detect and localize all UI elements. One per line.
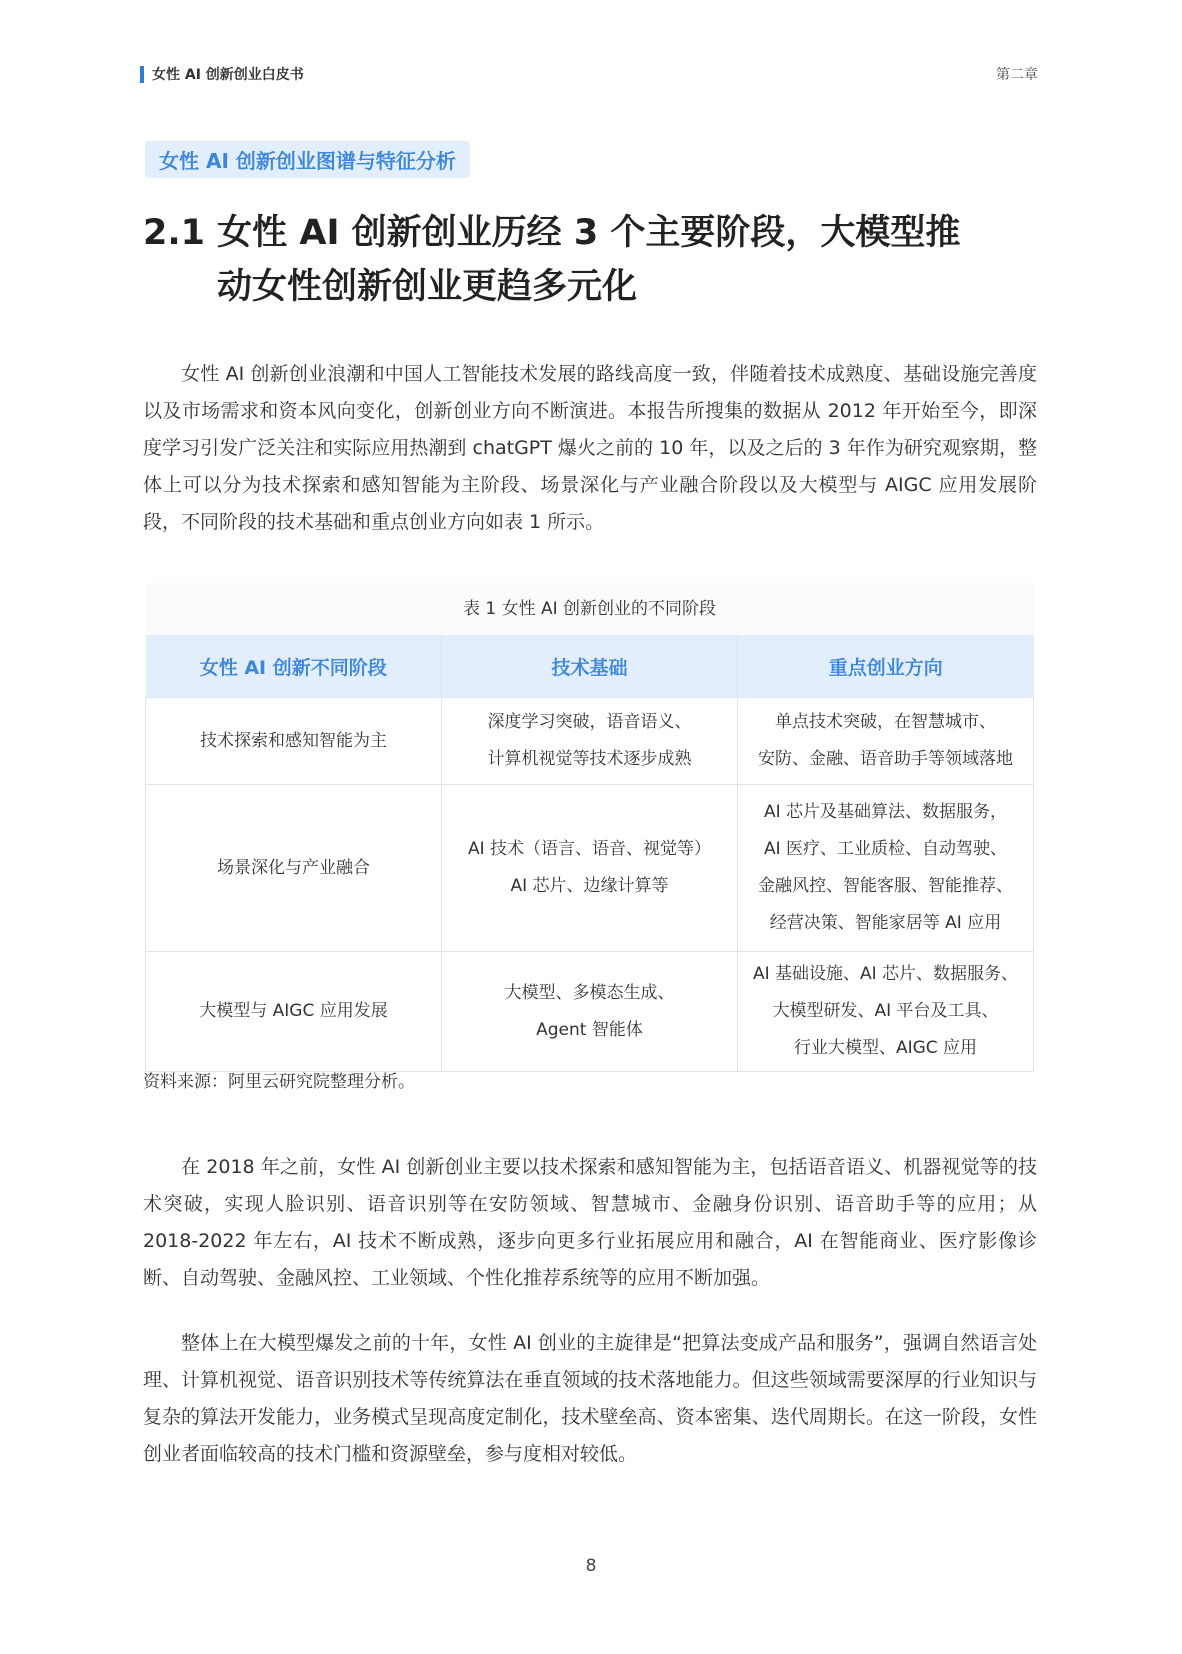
page-number: 8: [0, 1556, 1182, 1576]
cell-line: 行业大模型、AIGC 应用: [744, 1030, 1027, 1067]
stage-cell: 场景深化与产业融合: [146, 785, 442, 952]
heading-line-2: 动女性创新创业更趋多元化: [143, 260, 1043, 314]
tech-cell: 深度学习突破，语音语义、 计算机视觉等技术逐步成熟: [442, 698, 738, 785]
cell-line: 经营决策、智能家居等 AI 应用: [744, 905, 1027, 942]
document-title: 女性 AI 创新创业白皮书: [152, 64, 304, 84]
focus-cell: AI 基础设施、AI 芯片、数据服务、 大模型研发、AI 平台及工具、 行业大模…: [738, 952, 1034, 1072]
heading-line-1: 2.1 女性 AI 创新创业历经 3 个主要阶段，大模型推: [143, 213, 960, 253]
column-header-stage: 女性 AI 创新不同阶段: [146, 635, 442, 698]
table-header-row: 女性 AI 创新不同阶段 技术基础 重点创业方向: [146, 635, 1034, 698]
cell-line: 大模型研发、AI 平台及工具、: [744, 993, 1027, 1030]
cell-line: 大模型、多模态生成、: [448, 975, 731, 1012]
tech-cell: AI 技术（语言、语音、视觉等） AI 芯片、边缘计算等: [442, 785, 738, 952]
body-paragraph: 在 2018 年之前，女性 AI 创新创业主要以技术探索和感知智能为主，包括语音…: [143, 1149, 1037, 1297]
cell-line: 深度学习突破，语音语义、: [448, 704, 731, 741]
page-header: 女性 AI 创新创业白皮书 第二章: [140, 62, 1038, 86]
cell-line: AI 医疗、工业质检、自动驾驶、: [744, 831, 1027, 868]
header-left: 女性 AI 创新创业白皮书: [140, 64, 304, 84]
table-source-note: 资料来源：阿里云研究院整理分析。: [143, 1067, 415, 1092]
focus-cell: AI 芯片及基础算法、数据服务， AI 医疗、工业质检、自动驾驶、 金融风控、智…: [738, 785, 1034, 952]
body-paragraph: 女性 AI 创新创业浪潮和中国人工智能技术发展的路线高度一致，伴随着技术成熟度、…: [143, 356, 1037, 541]
column-header-focus: 重点创业方向: [738, 635, 1034, 698]
cell-line: 安防、金融、语音助手等领域落地: [744, 741, 1027, 778]
table-row: 大模型与 AIGC 应用发展 大模型、多模态生成、 Agent 智能体 AI 基…: [146, 952, 1034, 1072]
cell-line: AI 芯片及基础算法、数据服务，: [744, 794, 1027, 831]
cell-line: 计算机视觉等技术逐步成熟: [448, 741, 731, 778]
header-accent-bar: [140, 66, 144, 83]
cell-line: AI 技术（语言、语音、视觉等）: [448, 831, 731, 868]
column-header-tech: 技术基础: [442, 635, 738, 698]
table-row: 场景深化与产业融合 AI 技术（语言、语音、视觉等） AI 芯片、边缘计算等 A…: [146, 785, 1034, 952]
cell-line: 单点技术突破，在智慧城市、: [744, 704, 1027, 741]
stage-cell: 大模型与 AIGC 应用发展: [146, 952, 442, 1072]
cell-line: 金融风控、智能客服、智能推荐、: [744, 868, 1027, 905]
cell-line: Agent 智能体: [448, 1012, 731, 1049]
stage-cell: 技术探索和感知智能为主: [146, 698, 442, 785]
section-heading: 2.1 女性 AI 创新创业历经 3 个主要阶段，大模型推 动女性创新创业更趋多…: [143, 206, 1043, 314]
cell-line: AI 芯片、边缘计算等: [448, 868, 731, 905]
stages-table-container: 表 1 女性 AI 创新创业的不同阶段 女性 AI 创新不同阶段 技术基础 重点…: [145, 583, 1034, 1072]
section-tag: 女性 AI 创新创业图谱与特征分析: [145, 141, 470, 178]
chapter-label: 第二章: [996, 64, 1038, 84]
table-row: 技术探索和感知智能为主 深度学习突破，语音语义、 计算机视觉等技术逐步成熟 单点…: [146, 698, 1034, 785]
table-caption: 表 1 女性 AI 创新创业的不同阶段: [145, 583, 1034, 635]
stages-table: 女性 AI 创新不同阶段 技术基础 重点创业方向 技术探索和感知智能为主 深度学…: [145, 635, 1034, 1072]
focus-cell: 单点技术突破，在智慧城市、 安防、金融、语音助手等领域落地: [738, 698, 1034, 785]
cell-line: AI 基础设施、AI 芯片、数据服务、: [744, 956, 1027, 993]
body-paragraph: 整体上在大模型爆发之前的十年，女性 AI 创业的主旋律是“把算法变成产品和服务”…: [143, 1325, 1037, 1473]
tech-cell: 大模型、多模态生成、 Agent 智能体: [442, 952, 738, 1072]
